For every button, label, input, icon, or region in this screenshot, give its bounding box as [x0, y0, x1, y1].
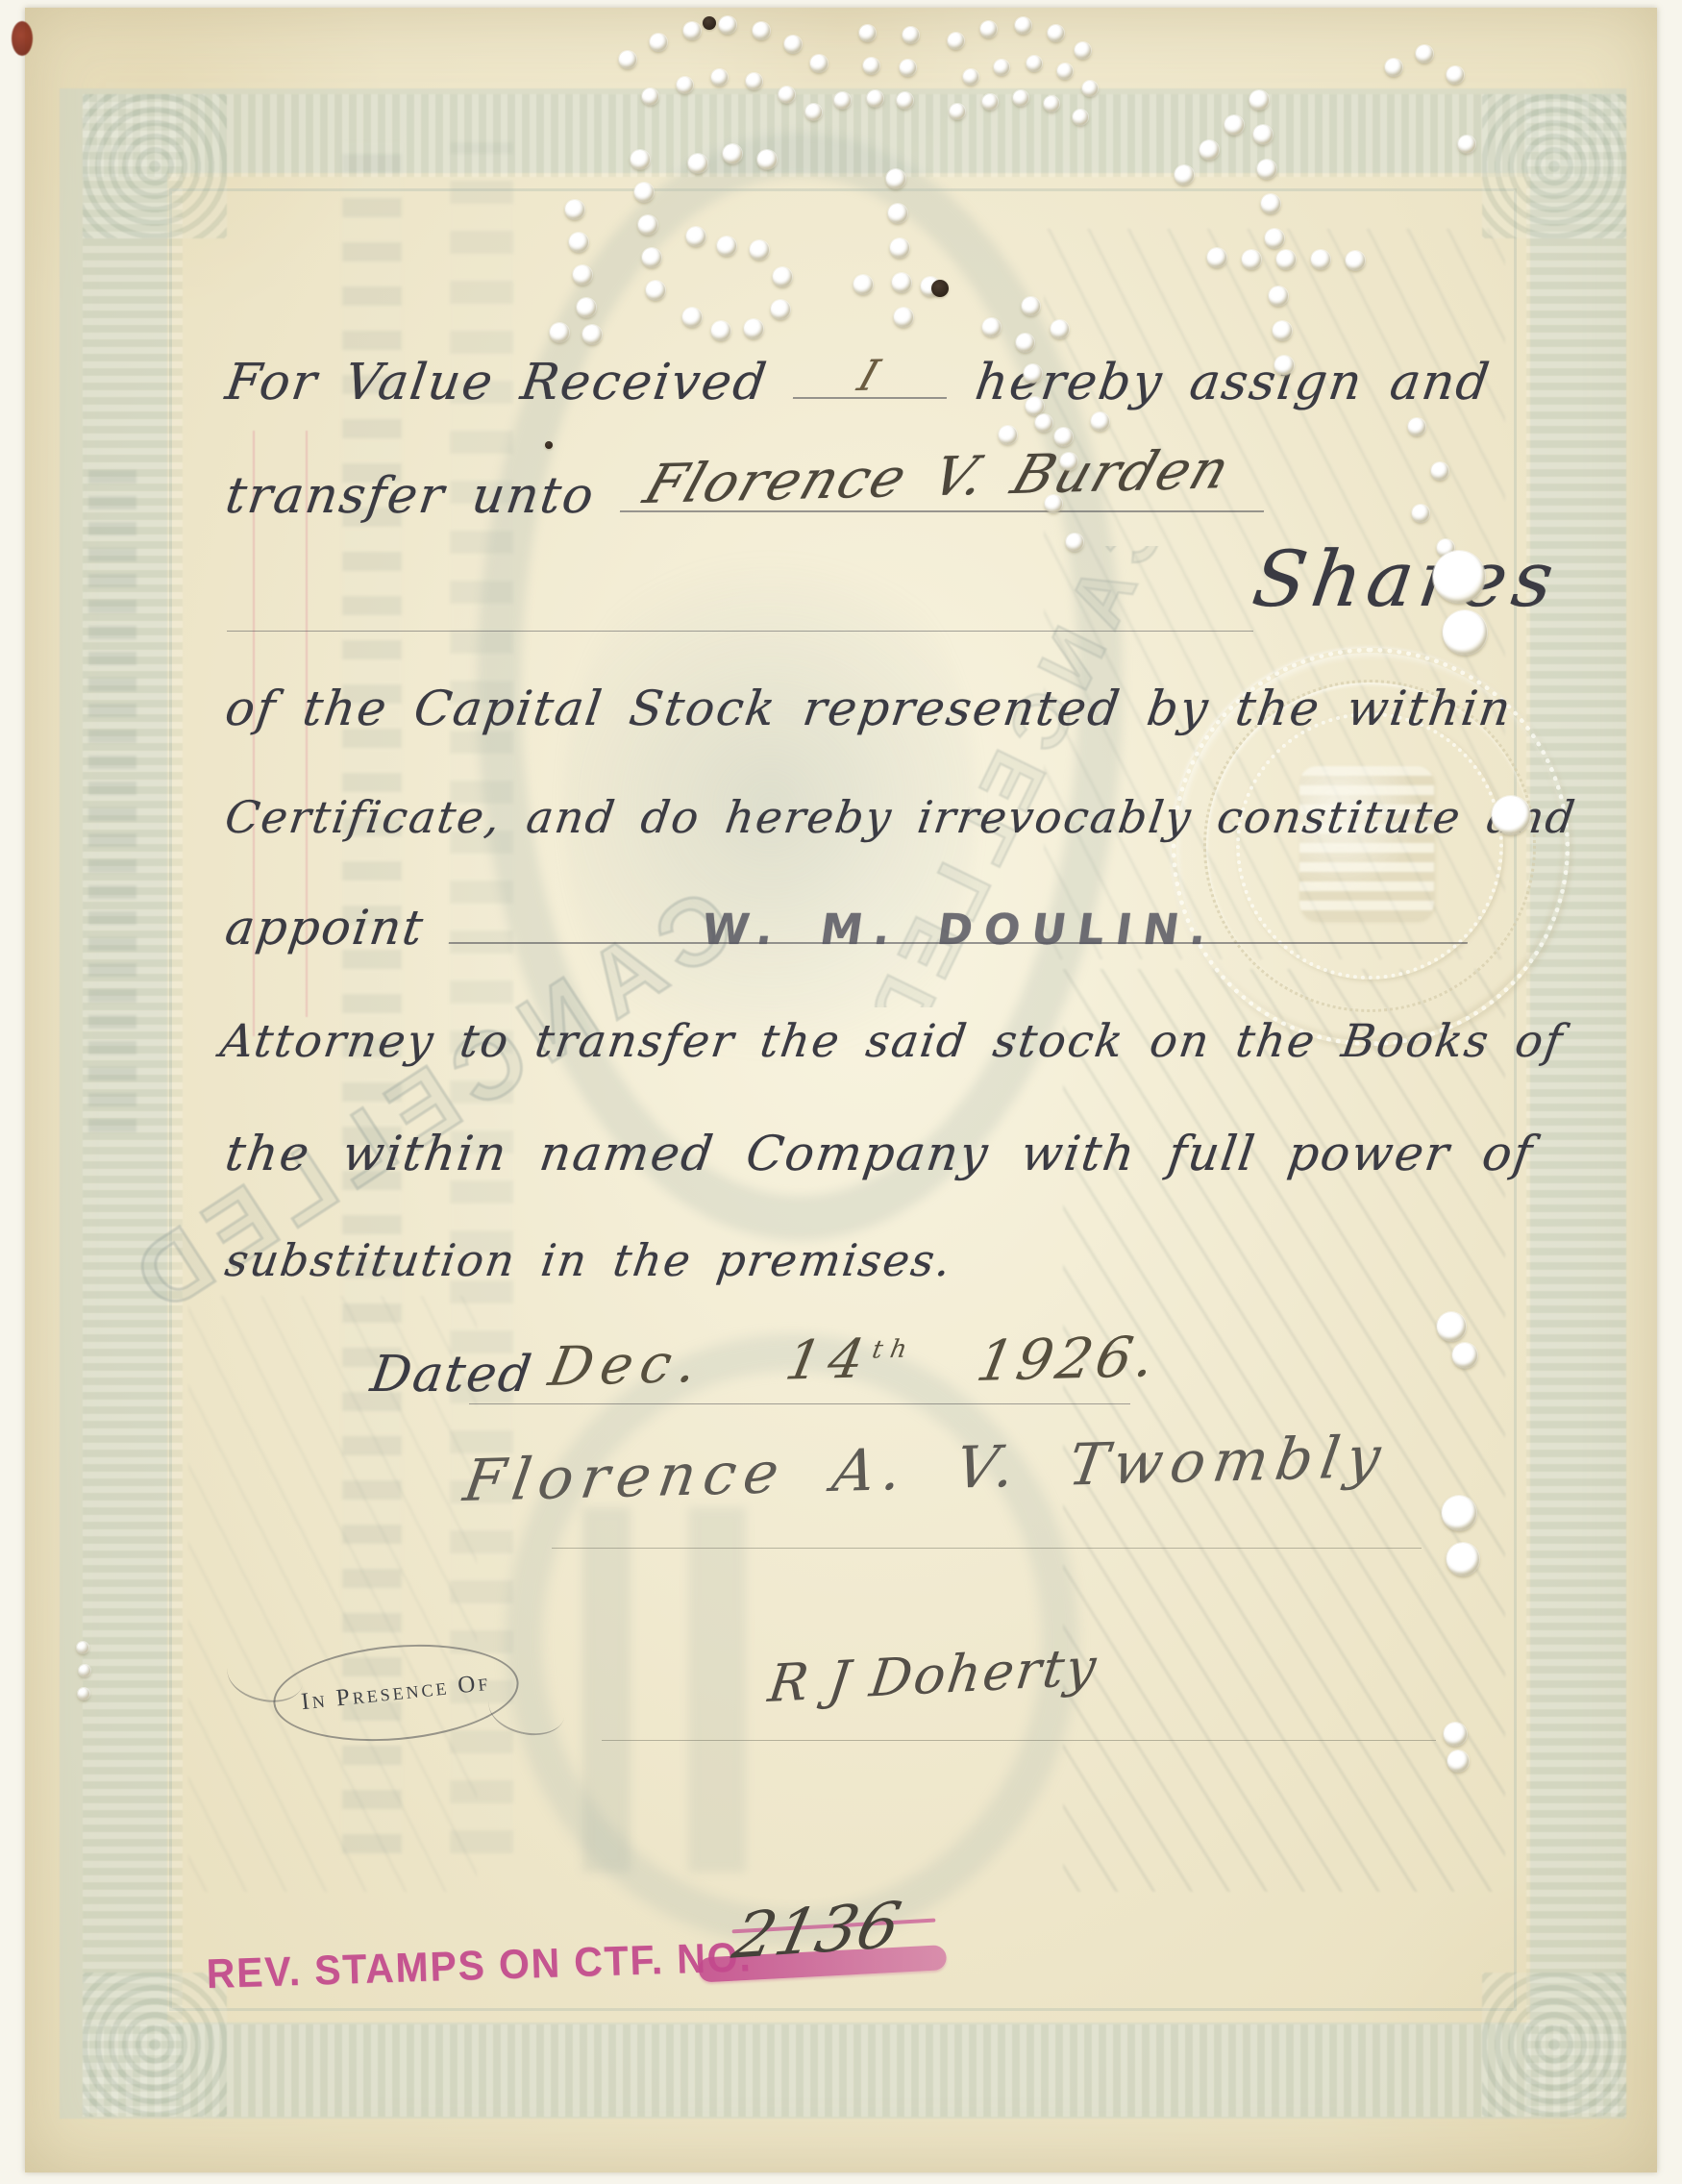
punch-hole	[900, 60, 916, 76]
border-ornament-top	[83, 94, 1620, 177]
punch-hole	[1276, 250, 1296, 269]
revenue-stamp: REV. STAMPS ON CTF. NO.	[206, 1933, 781, 1998]
border-corner-tl	[83, 94, 227, 238]
punch-hole-dark	[931, 280, 949, 297]
revenue-stamp-underline	[698, 1945, 947, 1982]
punch-hole	[1442, 1496, 1476, 1530]
punch-hole	[1060, 453, 1077, 470]
punch-hole	[1249, 90, 1269, 110]
punch-hole	[1265, 229, 1284, 248]
punch-hole	[1057, 63, 1073, 79]
punch-hole	[1026, 397, 1044, 415]
handwritten-pronoun: I	[852, 352, 886, 401]
punch-hole	[1408, 418, 1425, 435]
punch-hole	[834, 92, 851, 109]
punch-hole	[1073, 110, 1088, 125]
form-line-1: For Value Received I hereby assign and	[222, 354, 1495, 411]
border-ornament-bottom	[83, 2024, 1620, 2117]
punch-hole	[719, 16, 736, 34]
punch-hole	[1346, 251, 1365, 270]
punch-hole	[1022, 297, 1040, 315]
punch-hole	[634, 183, 654, 202]
punch-hole	[688, 154, 707, 173]
punch-hole	[1416, 45, 1433, 62]
punch-hole	[1013, 90, 1028, 106]
appoint-label: appoint	[222, 900, 428, 955]
ghost-numeral-emblem	[544, 1507, 813, 1873]
punch-hole	[1437, 1312, 1466, 1341]
punch-hole	[1027, 56, 1042, 71]
punch-hole	[569, 233, 588, 252]
punch-hole	[888, 204, 907, 223]
revenue-stamp-line	[732, 1919, 936, 1934]
punch-hole	[582, 325, 602, 344]
punch-hole	[642, 88, 658, 105]
punch-hole	[1242, 250, 1261, 269]
border-corner-br	[1482, 1973, 1626, 2117]
punch-hole	[1444, 1723, 1467, 1746]
punch-hole	[1385, 59, 1402, 76]
punch-hole	[1273, 321, 1292, 340]
punch-hole	[711, 321, 730, 340]
punch-hole	[1035, 414, 1052, 432]
revenue-stamp-label: REV. STAMPS ON CTF. NO.	[206, 1934, 753, 1998]
punch-hole	[619, 51, 636, 68]
punch-hole-dark	[545, 441, 553, 449]
form-line-6: appoint W. M. DOULIN.	[222, 900, 1473, 955]
punch-hole	[1016, 334, 1034, 352]
border-ornament-right	[1526, 94, 1626, 2113]
punch-hole	[1269, 286, 1288, 306]
owner-signature: Florence A. V. Twombly	[459, 1424, 1393, 1515]
punch-hole	[980, 21, 997, 37]
punch-hole	[859, 25, 876, 41]
punch-hole	[963, 69, 978, 85]
certificate-number-handwritten: 2136	[727, 1888, 907, 1973]
punch-hole	[894, 308, 913, 327]
punch-hole	[677, 77, 693, 93]
dated-month-day: Dec. 14	[544, 1328, 877, 1399]
punch-hole	[1024, 364, 1042, 383]
punch-hole	[890, 238, 909, 258]
punch-hole	[892, 273, 911, 292]
punch-hole	[779, 87, 795, 103]
punch-hole	[1452, 1343, 1477, 1368]
punch-hole	[683, 22, 701, 39]
punch-hole	[1082, 81, 1098, 96]
punch-hole	[1261, 194, 1280, 213]
dated-label: Dated	[367, 1346, 536, 1403]
form-line-5: Certificate, and do hereby irrevocably c…	[222, 791, 1579, 843]
attorney-blank: W. M. DOULIN.	[449, 900, 1473, 944]
punch-hole	[550, 323, 569, 342]
punch-hole	[805, 104, 822, 120]
punch-hole	[1253, 125, 1273, 144]
seal-center-emblem	[1299, 766, 1434, 920]
punch-hole	[982, 94, 998, 110]
punch-hole	[565, 200, 584, 219]
border-corner-bl	[83, 1973, 227, 2117]
punch-hole	[638, 215, 657, 235]
certificate-paper: CANCELLED CANCELLED For Value Received I…	[25, 8, 1657, 2172]
punch-hole	[1075, 42, 1091, 59]
line2-prefix: transfer unto	[222, 467, 599, 525]
punch-hole	[886, 169, 905, 188]
punch-hole	[1492, 796, 1530, 834]
punch-hole	[903, 27, 919, 43]
punch-hole	[1443, 610, 1487, 655]
shares-blank-rule	[227, 631, 1253, 632]
punch-hole	[711, 69, 728, 86]
punch-hole-dark	[703, 16, 716, 30]
punch-hole	[999, 426, 1017, 444]
dated-handwritten: Dec. 14th	[544, 1327, 919, 1399]
punch-hole	[1175, 165, 1194, 185]
punch-hole	[1048, 25, 1064, 41]
punch-hole	[1015, 17, 1031, 34]
ghost-handwriting-bleed	[1063, 969, 1505, 1892]
punch-hole	[1224, 115, 1244, 135]
ghost-vignette-circle	[506, 1334, 1078, 1946]
punch-hole	[1447, 1750, 1469, 1772]
punch-hole	[750, 240, 769, 260]
punch-hole	[686, 227, 705, 246]
punch-hole	[1274, 356, 1294, 375]
punch-hole	[1447, 1543, 1479, 1576]
punch-hole	[642, 248, 661, 267]
line1-suffix: hereby assign and	[972, 354, 1495, 411]
punch-hole	[753, 22, 770, 39]
punch-hole	[79, 1665, 90, 1676]
punch-hole	[982, 318, 1001, 336]
punch-hole	[631, 150, 650, 169]
punch-hole	[1257, 160, 1276, 179]
punch-hole	[863, 58, 879, 74]
punch-hole	[1431, 462, 1448, 480]
witness-hairline	[602, 1740, 1436, 1741]
punch-hole	[682, 308, 702, 327]
punch-hole	[723, 144, 742, 163]
punch-hole	[1458, 136, 1475, 153]
punch-hole	[810, 55, 828, 72]
dated-ordinal: th	[870, 1335, 917, 1365]
form-line-2: transfer unto Florence V. Burden	[222, 467, 1270, 525]
punch-hole	[717, 236, 736, 256]
punch-hole	[77, 1642, 88, 1653]
punch-hole	[646, 281, 665, 300]
witness-signature: R J Doherty	[765, 1636, 1101, 1714]
punch-hole	[948, 33, 964, 49]
punch-hole	[994, 60, 1009, 75]
punch-hole	[897, 92, 913, 109]
assignee-blank: Florence V. Burden	[620, 468, 1270, 512]
form-line-4: of the Capital Stock represented by the …	[222, 681, 1516, 736]
punch-hole	[773, 267, 792, 286]
attorney-name-stamp: W. M. DOULIN.	[699, 906, 1222, 955]
border-ornament-left	[83, 94, 183, 2113]
punch-hole	[1044, 96, 1059, 112]
border-corner-tr	[1482, 94, 1626, 238]
dated-blank-rule	[469, 1403, 1130, 1404]
form-line-9: substitution in the premises.	[222, 1234, 955, 1286]
witness-label: In Presence Of	[300, 1670, 492, 1717]
shares-word: Shares	[1248, 534, 1565, 624]
punch-hole	[1045, 495, 1062, 512]
punch-hole	[744, 319, 763, 338]
ghost-vertical-title	[88, 459, 136, 1132]
punch-hole	[853, 275, 873, 294]
punch-hole	[577, 298, 596, 317]
punch-hole	[784, 36, 802, 53]
punch-hole	[746, 73, 762, 89]
punch-hole	[867, 90, 883, 107]
line1-blank: I	[792, 355, 952, 399]
punch-hole	[1207, 248, 1226, 267]
punch-hole	[1091, 412, 1109, 431]
punch-hole	[78, 1688, 89, 1700]
punch-hole	[1412, 505, 1429, 522]
punch-hole	[1066, 534, 1083, 551]
punch-hole	[1447, 66, 1464, 84]
punch-hole	[650, 34, 667, 51]
form-line-7: Attorney to transfer the said stock on t…	[217, 1015, 1567, 1068]
punch-hole	[1311, 250, 1330, 269]
line1-prefix: For Value Received	[222, 354, 771, 411]
scanned-certificate-page: CANCELLED CANCELLED For Value Received I…	[0, 0, 1682, 2184]
punch-hole	[1433, 551, 1485, 603]
punch-hole	[1200, 140, 1219, 160]
in-presence-of-ornament: In Presence Of	[269, 1635, 523, 1750]
signature-hairline	[552, 1548, 1422, 1549]
assignee-name-handwritten: Florence V. Burden	[636, 438, 1239, 516]
form-line-8: the within named Company with full power…	[222, 1126, 1537, 1181]
punch-hole	[1051, 320, 1069, 338]
dated-year-handwritten: 1926.	[972, 1324, 1164, 1394]
punch-hole	[757, 150, 777, 169]
punch-hole	[573, 265, 592, 285]
punch-hole	[950, 104, 965, 119]
punch-hole	[771, 300, 790, 319]
punch-hole	[1054, 428, 1073, 446]
